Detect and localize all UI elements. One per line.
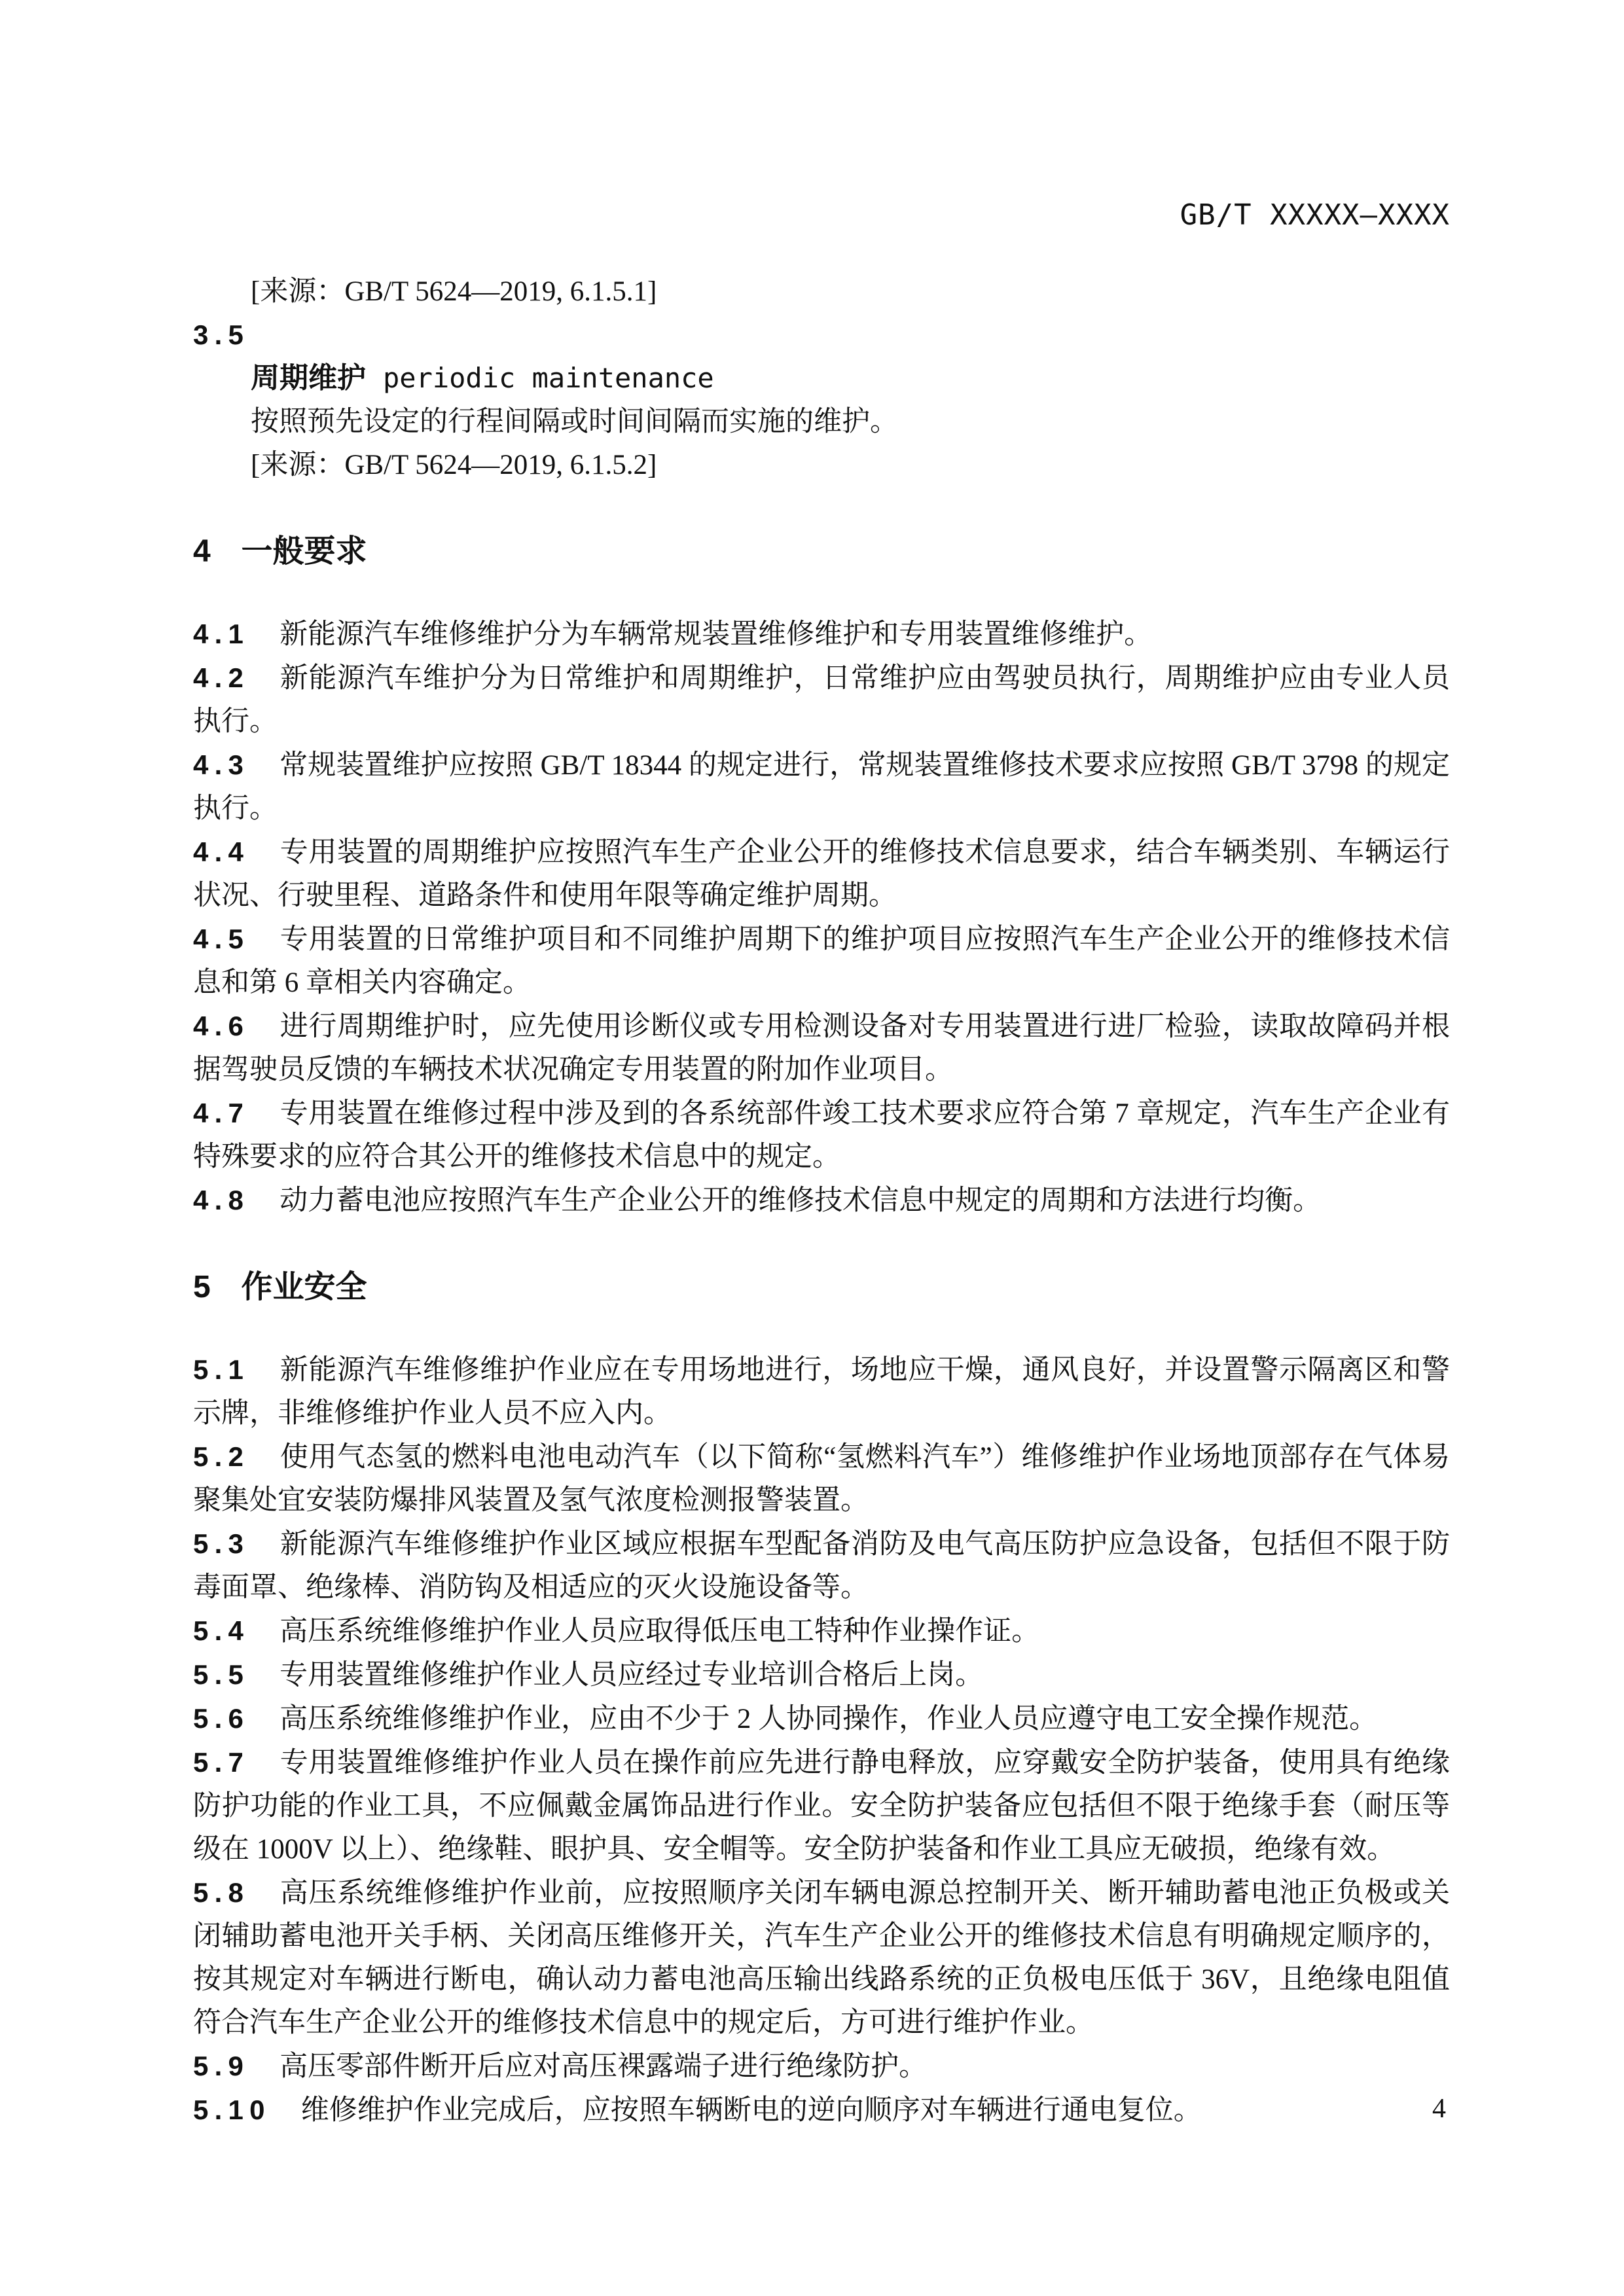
clause-4-6: 4.6进行周期维护时，应先使用诊断仪或专用检测设备对专用装置进行进厂检验，读取故… [193, 1005, 1450, 1092]
clause-5-2: 5.2使用气态氢的燃料电池电动汽车（以下简称“氢燃料汽车”）维修维护作业场地顶部… [193, 1435, 1450, 1522]
clause-number: 4.1 [193, 619, 249, 649]
clause-4-2: 4.2新能源汽车维护分为日常维护和周期维护，日常维护应由驾驶员执行，周期维护应由… [193, 656, 1450, 744]
clause-number: 4.2 [193, 662, 249, 693]
clause-text: 高压系统维修维护作业人员应取得低压电工特种作业操作证。 [280, 1616, 1039, 1647]
clause-number: 5.3 [193, 1528, 249, 1559]
clause-number: 5.2 [193, 1441, 249, 1472]
clause-text: 新能源汽车维修维护作业区域应根据车型配备消防及电气高压防护应急设备，包括但不限于… [193, 1529, 1450, 1603]
clause-4-5: 4.5专用装置的日常维护项目和不同维护周期下的维护项目应按照汽车生产企业公开的维… [193, 918, 1450, 1005]
clause-number: 5.10 [193, 2094, 271, 2125]
clause-text: 专用装置维修维护作业人员应经过专业培训合格后上岗。 [280, 1660, 983, 1691]
clause-text: 高压系统维修维护作业前，应按照顺序关闭车辆电源总控制开关、断开辅助蓄电池正负极或… [193, 1878, 1450, 2038]
clause-number: 5.8 [193, 1877, 249, 1908]
clause-number: 4.3 [193, 749, 249, 780]
clause-4-7: 4.7专用装置在维修过程中涉及到的各系统部件竣工技术要求应符合第 7 章规定，汽… [193, 1092, 1450, 1179]
page-number: 4 [1432, 2093, 1446, 2125]
clause-4-3: 4.3常规装置维护应按照 GB/T 18344 的规定进行，常规装置维修技术要求… [193, 744, 1450, 831]
section-heading-5: 5作业安全 [193, 1266, 1450, 1309]
clause-5-1: 5.1新能源汽车维修维护作业应在专用场地进行，场地应干燥，通风良好，并设置警示隔… [193, 1348, 1450, 1435]
clause-text: 专用装置维修维护作业人员在操作前应先进行静电释放，应穿戴安全防护装备，使用具有绝… [193, 1748, 1450, 1865]
section-number: 4 [193, 534, 214, 569]
clause-text: 新能源汽车维护分为日常维护和周期维护，日常维护应由驾驶员执行，周期维护应由专业人… [193, 663, 1450, 737]
source-note-bottom: [来源：GB/T 5624—2019, 6.1.5.2] [193, 444, 1450, 487]
section-heading-4: 4一般要求 [193, 530, 1450, 573]
clause-number: 5.7 [193, 1747, 249, 1778]
term-entry: 周期维护periodic maintenance [193, 357, 1450, 401]
clause-4-1: 4.1新能源汽车维修维护分为车辆常规装置维修维护和专用装置维修维护。 [193, 613, 1450, 656]
clause-5-7: 5.7专用装置维修维护作业人员在操作前应先进行静电释放，应穿戴安全防护装备，使用… [193, 1741, 1450, 1871]
term-clause-number: 3.5 [193, 314, 1450, 357]
clause-number: 5.5 [193, 1659, 249, 1690]
term-english: periodic maintenance [383, 362, 714, 394]
clause-text: 新能源汽车维修维护作业应在专用场地进行，场地应干燥，通风良好，并设置警示隔离区和… [193, 1355, 1450, 1429]
clause-text: 高压系统维修维护作业，应由不少于 2 人协同操作，作业人员应遵守电工安全操作规范… [280, 1704, 1377, 1734]
clause-text: 新能源汽车维修维护分为车辆常规装置维修维护和专用装置维修维护。 [280, 619, 1152, 650]
clause-number: 5.6 [193, 1703, 249, 1734]
clause-text: 高压零部件断开后应对高压裸露端子进行绝缘防护。 [280, 2051, 927, 2082]
clause-text: 维修维护作业完成后，应按照车辆断电的逆向顺序对车辆进行通电复位。 [301, 2095, 1202, 2126]
clause-text: 专用装置的日常维护项目和不同维护周期下的维护项目应按照汽车生产企业公开的维修技术… [193, 924, 1450, 998]
clause-text: 专用装置在维修过程中涉及到的各系统部件竣工技术要求应符合第 7 章规定，汽车生产… [193, 1098, 1450, 1172]
clause-text: 使用气态氢的燃料电池电动汽车（以下简称“氢燃料汽车”）维修维护作业场地顶部存在气… [193, 1442, 1450, 1516]
clause-5-6: 5.6高压系统维修维护作业，应由不少于 2 人协同操作，作业人员应遵守电工安全操… [193, 1697, 1450, 1741]
clause-number: 4.4 [193, 836, 249, 867]
doc-code-header: GB/T XXXXX—XXXX [1180, 198, 1450, 232]
clause-number: 4.8 [193, 1185, 249, 1215]
document-page: GB/T XXXXX—XXXX [来源：GB/T 5624—2019, 6.1.… [0, 0, 1624, 2296]
clause-number: 4.7 [193, 1098, 249, 1128]
clause-4-4: 4.4专用装置的周期维护应按照汽车生产企业公开的维修技术信息要求，结合车辆类别、… [193, 831, 1450, 918]
term-chinese: 周期维护 [251, 362, 366, 394]
clause-number: 5.9 [193, 2051, 249, 2081]
section-title: 作业安全 [242, 1270, 367, 1304]
clause-number: 5.4 [193, 1615, 249, 1646]
clause-number: 5.1 [193, 1354, 249, 1385]
clause-text: 动力蓄电池应按照汽车生产企业公开的维修技术信息中规定的周期和方法进行均衡。 [280, 1185, 1321, 1216]
term-definition: 按照预先设定的行程间隔或时间间隔而实施的维护。 [193, 401, 1450, 444]
clause-4-8: 4.8动力蓄电池应按照汽车生产企业公开的维修技术信息中规定的周期和方法进行均衡。 [193, 1179, 1450, 1223]
clause-5-9: 5.9高压零部件断开后应对高压裸露端子进行绝缘防护。 [193, 2045, 1450, 2089]
document-body: [来源：GB/T 5624—2019, 6.1.5.1] 3.5 周期维护per… [193, 270, 1450, 2132]
section-number: 5 [193, 1270, 214, 1304]
clause-number: 4.5 [193, 924, 249, 954]
clause-5-5: 5.5专用装置维修维护作业人员应经过专业培训合格后上岗。 [193, 1653, 1450, 1697]
source-note-top: [来源：GB/T 5624—2019, 6.1.5.1] [193, 270, 1450, 314]
clause-text: 进行周期维护时，应先使用诊断仪或专用检测设备对专用装置进行进厂检验，读取故障码并… [193, 1011, 1450, 1085]
clause-5-10: 5.10维修维护作业完成后，应按照车辆断电的逆向顺序对车辆进行通电复位。 [193, 2089, 1450, 2132]
clause-number: 4.6 [193, 1011, 249, 1041]
clause-5-3: 5.3新能源汽车维修维护作业区域应根据车型配备消防及电气高压防护应急设备，包括但… [193, 1522, 1450, 1609]
clause-text: 专用装置的周期维护应按照汽车生产企业公开的维修技术信息要求，结合车辆类别、车辆运… [193, 837, 1450, 911]
clause-5-4: 5.4高压系统维修维护作业人员应取得低压电工特种作业操作证。 [193, 1609, 1450, 1653]
clause-text: 常规装置维护应按照 GB/T 18344 的规定进行，常规装置维修技术要求应按照… [193, 750, 1450, 824]
clause-5-8: 5.8高压系统维修维护作业前，应按照顺序关闭车辆电源总控制开关、断开辅助蓄电池正… [193, 1871, 1450, 2045]
section-title: 一般要求 [242, 534, 367, 569]
